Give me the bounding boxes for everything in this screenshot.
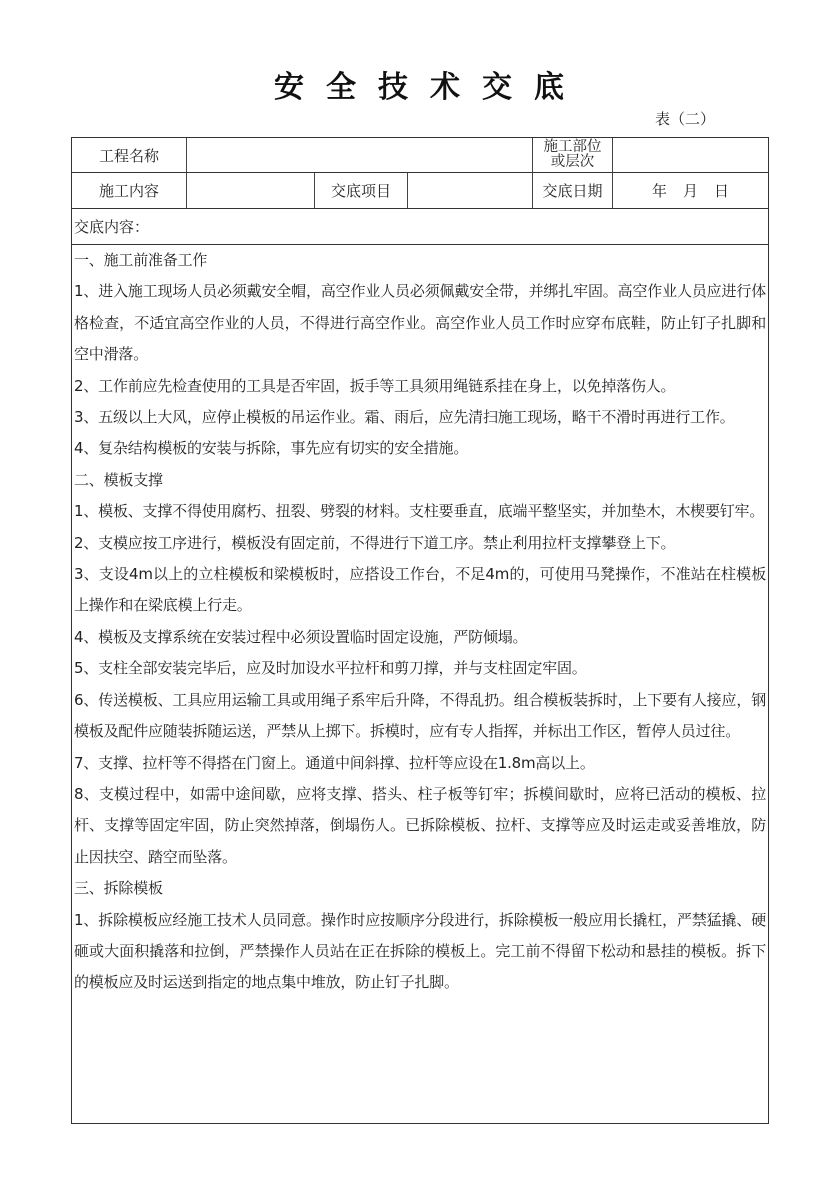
work-content-label: 施工内容 <box>72 173 187 208</box>
content-paragraph: 6、传送模板、工具应用运输工具或用绳子系牢后升降，不得乱扔。组合模板装拆时，上下… <box>74 685 766 748</box>
date-day: 日 <box>714 180 729 201</box>
content-paragraph: 1、模板、支撑不得使用腐朽、扭裂、劈裂的材料。支柱要垂直，底端平整坚实，并加垫木… <box>74 496 766 527</box>
briefing-content-label: 交底内容： <box>74 209 149 244</box>
section-heading: 二、模板支撑 <box>74 465 766 496</box>
content-paragraph: 4、复杂结构模板的安装与拆除，事先应有切实的安全措施。 <box>74 433 766 464</box>
form-row-project: 工程名称 施工部位 或层次 <box>72 138 768 173</box>
location-label-line2: 或层次 <box>551 155 595 170</box>
content-paragraph: 5、支柱全部安装完毕后，应及时加设水平拉杆和剪刀撑，并与支柱固定牢固。 <box>74 653 766 684</box>
content-paragraph: 8、支模过程中，如需中途间歇，应将支撑、搭头、柱子板等钉牢；拆模间歇时，应将已活… <box>74 779 766 873</box>
work-content-field[interactable] <box>187 173 315 208</box>
briefing-date-field[interactable]: 年 月 日 <box>613 173 768 208</box>
content-paragraph: 7、支撑、拉杆等不得搭在门窗上。通道中间斜撑、拉杆等应设在1.8m高以上。 <box>74 748 766 779</box>
content-paragraph: 2、工作前应先检查使用的工具是否牢固，扳手等工具须用绳链系挂在身上，以免掉落伤人… <box>74 371 766 402</box>
briefing-date-label: 交底日期 <box>533 173 613 208</box>
content-paragraph: 4、模板及支撑系统在安装过程中必须设置临时固定设施，严防倾塌。 <box>74 622 766 653</box>
briefing-item-label: 交底项目 <box>315 173 408 208</box>
content-paragraph: 3、五级以上大风，应停止模板的吊运作业。霜、雨后，应先清扫施工现场，略干不滑时再… <box>74 402 766 433</box>
briefing-item-field[interactable] <box>408 173 533 208</box>
briefing-content-body: 一、施工前准备工作 1、进入施工现场人员必须戴安全帽，高空作业人员必须佩戴安全带… <box>74 245 766 999</box>
safety-briefing-form: 工程名称 施工部位 或层次 施工内容 交底项目 交底日期 年 月 日 交底内容：… <box>71 137 769 1124</box>
content-paragraph: 1、进入施工现场人员必须戴安全帽，高空作业人员必须佩戴安全带，并绑扎牢固。高空作… <box>74 276 766 370</box>
date-month: 月 <box>683 180 698 201</box>
section-heading: 一、施工前准备工作 <box>74 245 766 276</box>
location-label: 施工部位 或层次 <box>533 138 613 172</box>
content-paragraph: 1、拆除模板应经施工技术人员同意。操作时应按顺序分段进行，拆除模板一般应用长撬杠… <box>74 905 766 999</box>
section-heading: 三、拆除模板 <box>74 873 766 904</box>
content-paragraph: 3、支设4m以上的立柱模板和梁模板时，应搭设工作台，不足4m的，可使用马凳操作，… <box>74 559 766 622</box>
form-number: 表（二） <box>655 108 715 129</box>
date-year: 年 <box>652 180 667 201</box>
project-name-label: 工程名称 <box>72 138 187 172</box>
document-title: 安全技术交底 <box>0 62 838 106</box>
content-paragraph: 2、支模应按工序进行，模板没有固定前，不得进行下道工序。禁止利用拉杆支撑攀登上下… <box>74 528 766 559</box>
form-row-content-label: 交底内容： <box>72 209 768 245</box>
location-field[interactable] <box>613 138 768 172</box>
location-label-line1: 施工部位 <box>544 140 602 155</box>
project-name-field[interactable] <box>187 138 533 172</box>
form-row-content: 施工内容 交底项目 交底日期 年 月 日 <box>72 173 768 209</box>
